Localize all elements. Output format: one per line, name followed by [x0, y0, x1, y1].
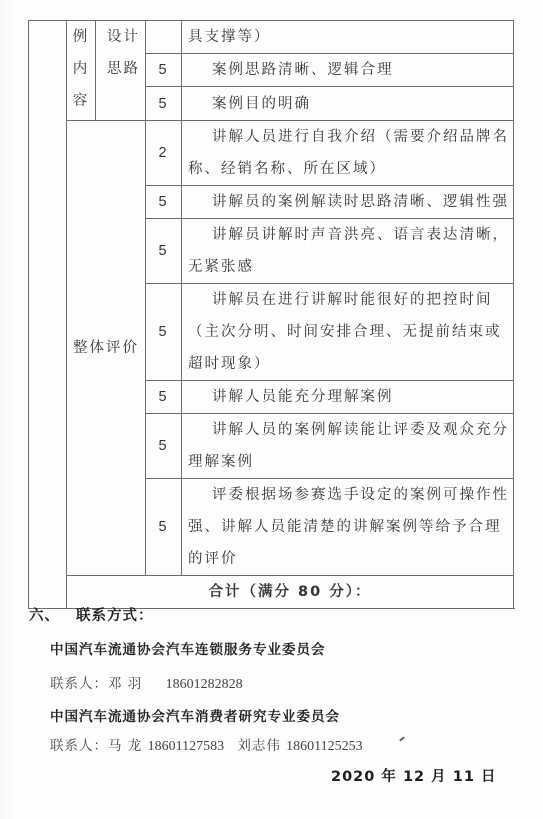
contact-phone: 18601125253 [286, 739, 362, 754]
table-row: 整体评价 2 讲解人员进行自我介绍（需要介绍品牌名称、经销名称、所在区域） [29, 121, 514, 186]
score-cell: 5 [146, 219, 182, 284]
scoring-table: 例 内 容 设计思路 具支撑等） 5 案例思路清晰、逻辑合理 5 案例目的明确 … [28, 20, 514, 609]
case-content-label: 例 内 容 [67, 21, 96, 121]
criteria-cell: 具支撑等） [182, 21, 514, 54]
contact-phone: 18601127583 [148, 739, 224, 754]
label-char: 容 [67, 85, 95, 117]
criteria-cell: 讲解人员的案例解读能让评委及观众充分理解案例 [182, 414, 514, 479]
criteria-cell: 案例思路清晰、逻辑合理 [182, 54, 514, 87]
criteria-text: 案例目的明确 [212, 96, 311, 112]
score-cell: 5 [146, 54, 182, 87]
criteria-text: 讲解人员的案例解读能让评委及观众充分理解案例 [188, 422, 509, 470]
criteria-cell: 案例目的明确 [182, 87, 514, 121]
score-cell: 2 [146, 121, 182, 186]
criteria-text: 具支撑等） [188, 29, 271, 45]
score-cell: 5 [146, 284, 182, 381]
contact-phone: 18601282828 [166, 677, 243, 692]
outer-category-cell [29, 21, 67, 609]
score-cell [146, 21, 182, 54]
label-char: 例 [67, 21, 95, 53]
contact-label: 联系人： [50, 738, 108, 754]
org-name-chain-service: 中国汽车流通协会汽车连锁服务专业委员会 [50, 638, 326, 658]
score-cell: 5 [146, 87, 182, 121]
criteria-cell: 评委根据场参赛选手设定的案例可操作性强、讲解人员能清楚的讲解案例等给予合理的评价 [182, 479, 514, 576]
criteria-text: 讲解人员进行自我介绍（需要介绍品牌名称、经销名称、所在区域） [188, 129, 509, 177]
criteria-cell: 讲解员讲解时声音洪亮、语言表达清晰，无紧张感 [182, 219, 514, 284]
label-char: 内 [67, 53, 95, 85]
score-cell: 5 [146, 186, 182, 219]
design-approach-label: 设计思路 [96, 21, 146, 121]
contact-line-consumer-research: 联系人：马 龙 18601127583 刘志伟 18601125253 [50, 734, 363, 755]
criteria-text: 讲解员的案例解读时思路清晰、逻辑性强 [212, 194, 509, 210]
section-number: 六、 [29, 608, 60, 624]
criteria-cell: 讲解人员能充分理解案例 [182, 381, 514, 414]
contact-line-chain-service: 联系人：邓 羽 18601282828 [50, 672, 243, 693]
contact-name: 马 龙 [108, 738, 142, 754]
org-name-consumer-research: 中国汽车流通协会汽车消费者研究专业委员会 [50, 705, 340, 725]
contact-section-heading: 六、联系方式： [29, 604, 154, 625]
criteria-text: 讲解员在进行讲解时能很好的把控时间（主次分明、时间安排合理、无提前结束或超时现象… [188, 292, 502, 372]
score-cell: 5 [146, 479, 182, 576]
criteria-text: 讲解人员能充分理解案例 [212, 389, 394, 405]
criteria-text: 讲解员讲解时声音洪亮、语言表达清晰，无紧张感 [188, 227, 509, 275]
contact-name: 刘志伟 [237, 738, 281, 754]
score-cell: 5 [146, 414, 182, 479]
contact-name: 邓 羽 [108, 676, 142, 692]
pen-mark [399, 736, 405, 741]
table-row: 例 内 容 设计思路 具支撑等） [29, 21, 514, 54]
overall-evaluation-label: 整体评价 [67, 121, 146, 576]
criteria-cell: 讲解人员进行自我介绍（需要介绍品牌名称、经销名称、所在区域） [182, 121, 514, 186]
criteria-cell: 讲解员在进行讲解时能很好的把控时间（主次分明、时间安排合理、无提前结束或超时现象… [182, 284, 514, 381]
criteria-text: 案例思路清晰、逻辑合理 [212, 62, 394, 78]
score-cell: 5 [146, 381, 182, 414]
criteria-text: 评委根据场参赛选手设定的案例可操作性强、讲解人员能清楚的讲解案例等给予合理的评价 [188, 487, 509, 567]
section-title: 联系方式： [76, 608, 154, 624]
document-date: 2020 年 12 月 11 日 [331, 765, 496, 786]
design-label-text: 设计思路 [107, 21, 141, 85]
criteria-cell: 讲解员的案例解读时思路清晰、逻辑性强 [182, 186, 514, 219]
contact-label: 联系人： [50, 676, 108, 692]
